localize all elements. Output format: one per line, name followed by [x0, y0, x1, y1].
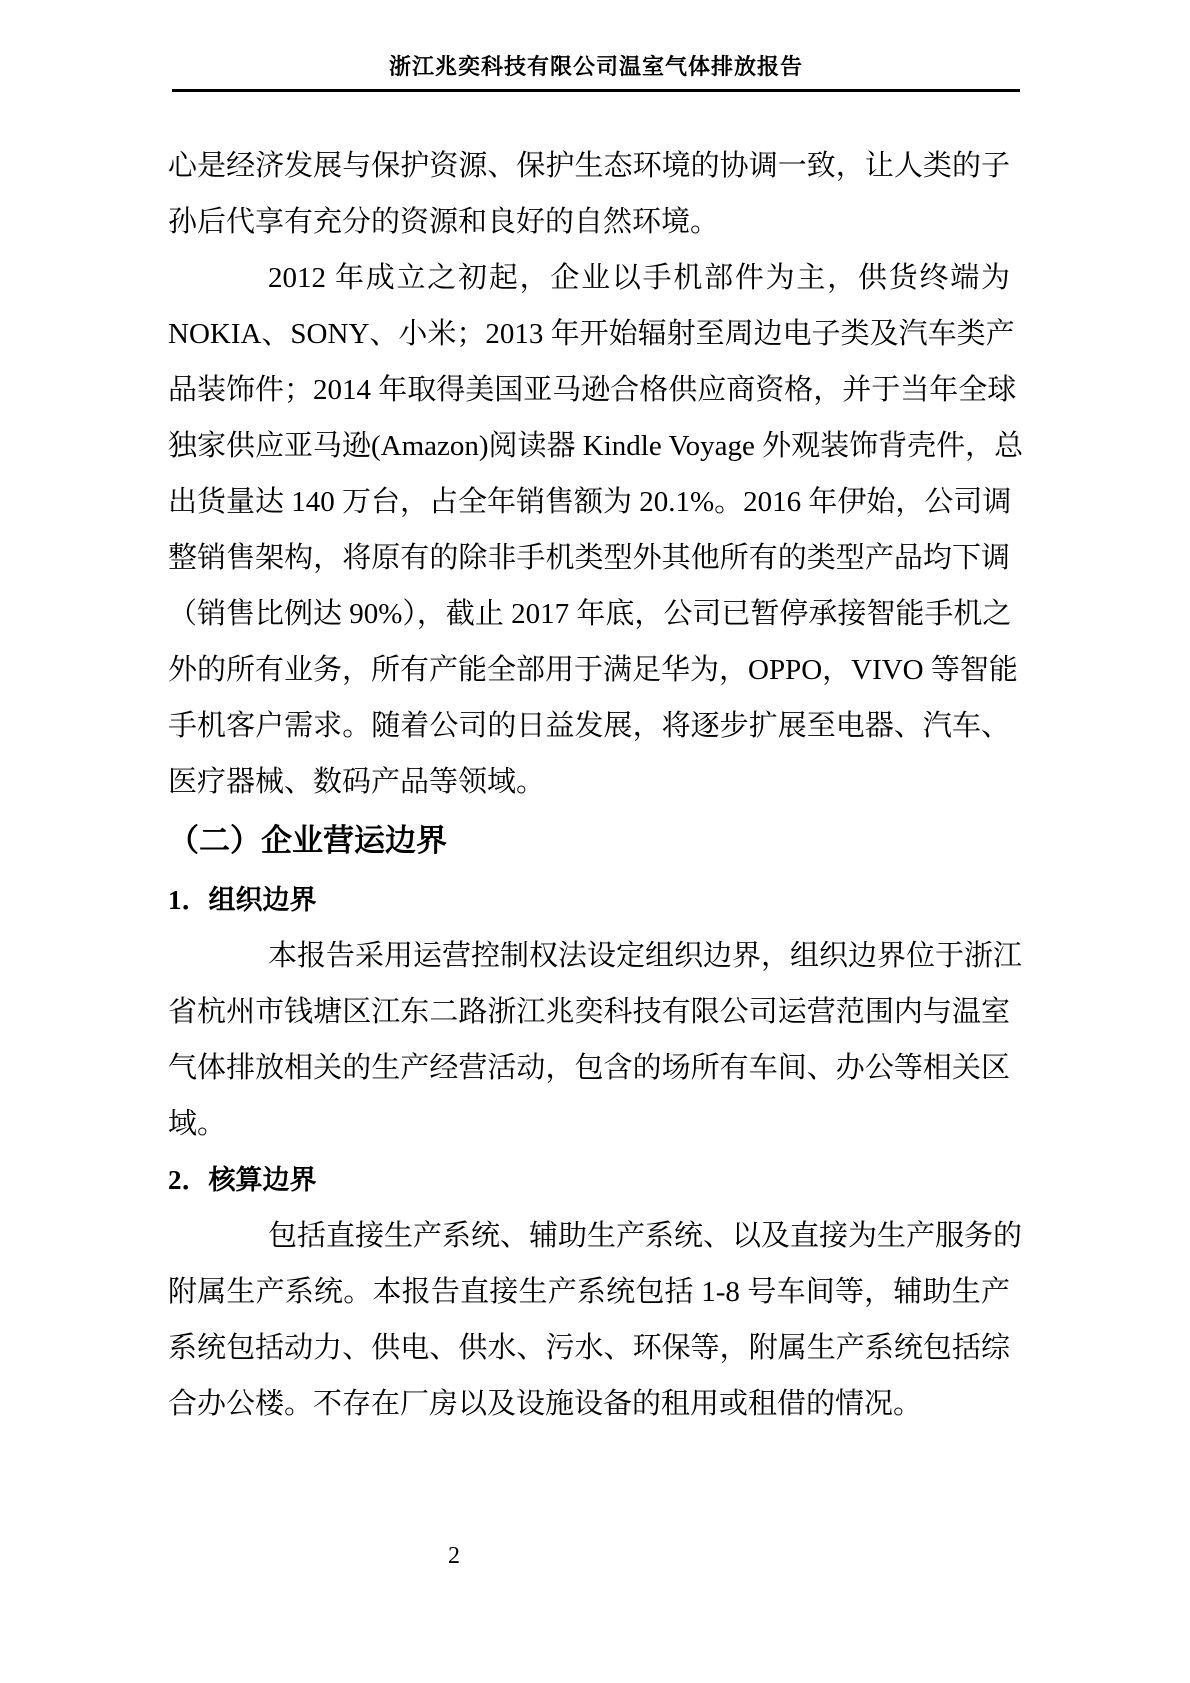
text-line: 医疗器械、数码产品等领域。 — [168, 754, 1010, 810]
text-line: 气体排放相关的生产经营活动，包含的场所有车间、办公等相关区 — [168, 1040, 1010, 1096]
subsection-heading-2: 2．核算边界 — [168, 1152, 1010, 1208]
text-line: （销售比例达 90%），截止 2017 年底，公司已暂停承接智能手机之 — [168, 586, 1010, 642]
section-heading: （二）企业营运边界 — [168, 810, 1010, 872]
text-line: 本报告采用运营控制权法设定组织边界，组织边界位于浙江 — [168, 928, 1010, 984]
text-line: 手机客户需求。随着公司的日益发展，将逐步扩展至电器、汽车、 — [168, 698, 1010, 754]
text-line: 品装饰件；2014 年取得美国亚马逊合格供应商资格，并于当年全球 — [168, 362, 1010, 418]
paragraph: 2012 年成立之初起，企业以手机部件为主，供货终端为 NOKIA、SONY、小… — [168, 250, 1010, 810]
paragraph: 心是经济发展与保护资源、保护生态环境的协调一致，让人类的子 孙后代享有充分的资源… — [168, 138, 1010, 250]
text-line: 孙后代享有充分的资源和良好的自然环境。 — [168, 194, 1010, 250]
text-line: 附属生产系统。本报告直接生产系统包括 1-8 号车间等，辅助生产 — [168, 1264, 1010, 1320]
text-line: 系统包括动力、供电、供水、污水、环保等，附属生产系统包括综 — [168, 1320, 1010, 1376]
paragraph: 包括直接生产系统、辅助生产系统、以及直接为生产服务的 附属生产系统。本报告直接生… — [168, 1208, 1010, 1432]
subsection-heading-1: 1．组织边界 — [168, 872, 1010, 928]
text-line: 省杭州市钱塘区江东二路浙江兆奕科技有限公司运营范围内与温室 — [168, 984, 1010, 1040]
paragraph: 本报告采用运营控制权法设定组织边界，组织边界位于浙江 省杭州市钱塘区江东二路浙江… — [168, 928, 1010, 1152]
document-page: 浙江兆奕科技有限公司温室气体排放报告 心是经济发展与保护资源、保护生态环境的协调… — [0, 0, 1190, 1683]
text-line: 整销售架构，将原有的除非手机类型外其他所有的类型产品均下调 — [168, 530, 1010, 586]
text-line: 心是经济发展与保护资源、保护生态环境的协调一致，让人类的子 — [168, 138, 1010, 194]
text-line: 独家供应亚马逊(Amazon)阅读器 Kindle Voyage 外观装饰背壳件… — [168, 418, 1010, 474]
text-line: 域。 — [168, 1096, 1010, 1152]
page-header: 浙江兆奕科技有限公司温室气体排放报告 — [172, 50, 1020, 92]
document-body: 心是经济发展与保护资源、保护生态环境的协调一致，让人类的子 孙后代享有充分的资源… — [168, 138, 1010, 1432]
text-line: 合办公楼。不存在厂房以及设施设备的租用或租借的情况。 — [168, 1376, 1010, 1432]
text-line: 出货量达 140 万台，占全年销售额为 20.1%。2016 年伊始，公司调 — [168, 474, 1010, 530]
text-line: 外的所有业务，所有产能全部用于满足华为，OPPO，VIVO 等智能 — [168, 642, 1010, 698]
header-title: 浙江兆奕科技有限公司温室气体排放报告 — [172, 50, 1020, 81]
page-number: 2 — [438, 1543, 470, 1570]
text-line: NOKIA、SONY、小米；2013 年开始辐射至周边电子类及汽车类产 — [168, 306, 1010, 362]
text-line: 2012 年成立之初起，企业以手机部件为主，供货终端为 — [168, 250, 1010, 306]
text-line: 包括直接生产系统、辅助生产系统、以及直接为生产服务的 — [168, 1208, 1010, 1264]
